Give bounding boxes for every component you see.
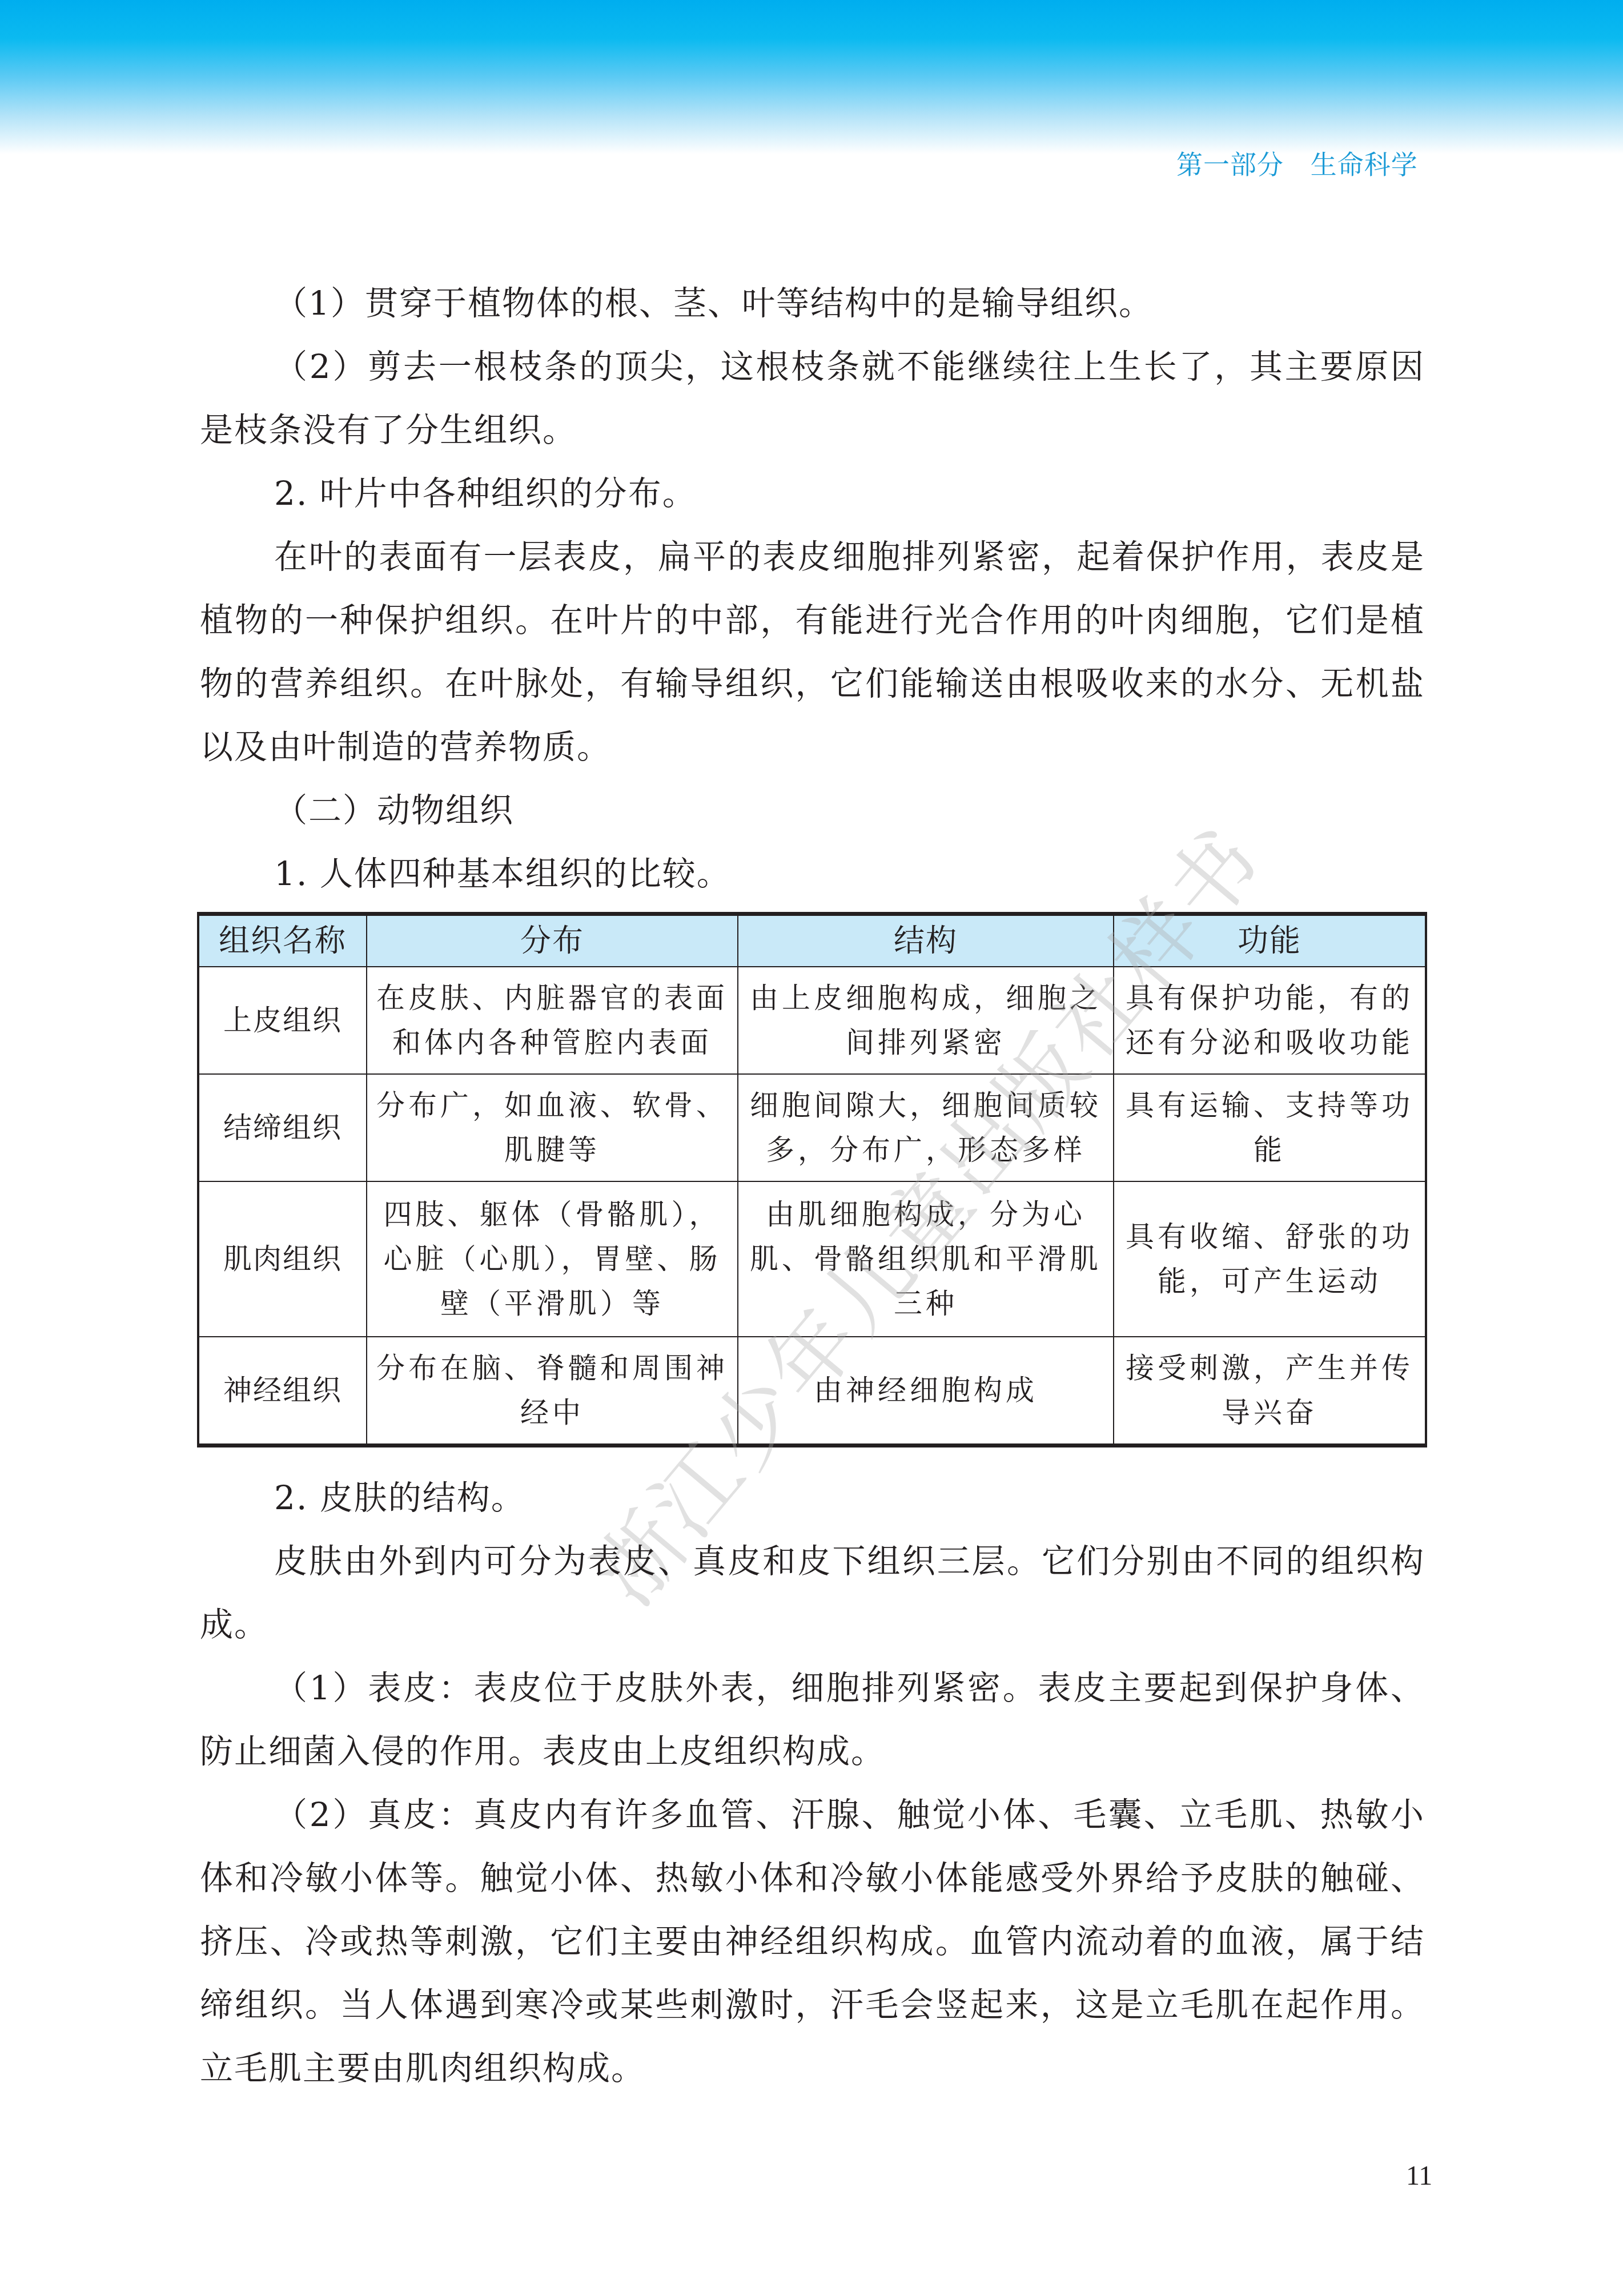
cell-function: 具有收缩、舒张的功能，可产生运动 [1114, 1181, 1426, 1337]
heading-leaf-tissue-distribution: 2. 叶片中各种组织的分布。 [200, 462, 1425, 525]
heading-animal-tissue: （二）动物组织 [200, 779, 1425, 842]
cell-tissue-name: 神经组织 [198, 1337, 367, 1446]
cell-distribution: 分布广，如血液、软骨、肌腱等 [367, 1074, 738, 1181]
table-row: 结缔组织 分布广，如血液、软骨、肌腱等 细胞间隙大，细胞间质较多，分布广，形态多… [198, 1074, 1426, 1181]
page-number: 11 [1406, 2160, 1432, 2192]
cell-tissue-name: 结缔组织 [198, 1074, 367, 1181]
heading-skin-structure: 2. 皮肤的结构。 [200, 1466, 1425, 1530]
tissue-comparison-table: 组织名称 分布 结构 功能 上皮组织 在皮肤、内脏器官的表面和体内各种管腔内表面… [197, 912, 1425, 1447]
column-header-structure: 结构 [738, 914, 1114, 967]
paragraph-2: （2）剪去一根枝条的顶尖，这根枝条就不能继续往上生长了，其主要原因是枝条没有了分… [200, 335, 1425, 462]
paragraph-1: （1）贯穿于植物体的根、茎、叶等结构中的是输导组织。 [200, 272, 1425, 335]
cell-structure: 由上皮细胞构成，细胞之间排列紧密 [738, 967, 1114, 1074]
running-head: 第一部分 生命科学 [1176, 144, 1418, 182]
cell-distribution: 分布在脑、脊髓和周围神经中 [367, 1337, 738, 1446]
table-row: 上皮组织 在皮肤、内脏器官的表面和体内各种管腔内表面 由上皮细胞构成，细胞之间排… [198, 967, 1426, 1074]
cell-tissue-name: 上皮组织 [198, 967, 367, 1074]
paragraph-epidermis: （1）表皮：表皮位于皮肤外表，细胞排列紧密。表皮主要起到保护身体、防止细菌入侵的… [200, 1656, 1425, 1783]
heading-tissue-comparison: 1. 人体四种基本组织的比较。 [200, 842, 1425, 906]
header-gradient-band [0, 0, 1623, 154]
cell-distribution: 在皮肤、内脏器官的表面和体内各种管腔内表面 [367, 967, 738, 1074]
cell-structure: 由肌细胞构成，分为心肌、骨骼组织肌和平滑肌三种 [738, 1181, 1114, 1337]
cell-function: 具有运输、支持等功能 [1114, 1074, 1426, 1181]
cell-tissue-name: 肌肉组织 [198, 1181, 367, 1337]
paragraph-dermis: （2）真皮：真皮内有许多血管、汗腺、触觉小体、毛囊、立毛肌、热敏小体和冷敏小体等… [200, 1783, 1425, 2100]
paragraph-skin-layers: 皮肤由外到内可分为表皮、真皮和皮下组织三层。它们分别由不同的组织构成。 [200, 1530, 1425, 1656]
column-header-function: 功能 [1114, 914, 1426, 967]
cell-function: 接受刺激，产生并传导兴奋 [1114, 1337, 1426, 1446]
cell-structure: 细胞间隙大，细胞间质较多，分布广，形态多样 [738, 1074, 1114, 1181]
cell-distribution: 四肢、躯体（骨骼肌），心脏（心肌），胃壁、肠壁（平滑肌）等 [367, 1181, 738, 1337]
cell-function: 具有保护功能，有的还有分泌和吸收功能 [1114, 967, 1426, 1074]
cell-structure: 由神经细胞构成 [738, 1337, 1114, 1446]
table-header-row: 组织名称 分布 结构 功能 [198, 914, 1426, 967]
paragraph-leaf-tissues: 在叶的表面有一层表皮，扁平的表皮细胞排列紧密，起着保护作用，表皮是植物的一种保护… [200, 525, 1425, 779]
table-row: 肌肉组织 四肢、躯体（骨骼肌），心脏（心肌），胃壁、肠壁（平滑肌）等 由肌细胞构… [198, 1181, 1426, 1337]
column-header-distribution: 分布 [367, 914, 738, 967]
table-row: 神经组织 分布在脑、脊髓和周围神经中 由神经细胞构成 接受刺激，产生并传导兴奋 [198, 1337, 1426, 1446]
column-header-name: 组织名称 [198, 914, 367, 967]
